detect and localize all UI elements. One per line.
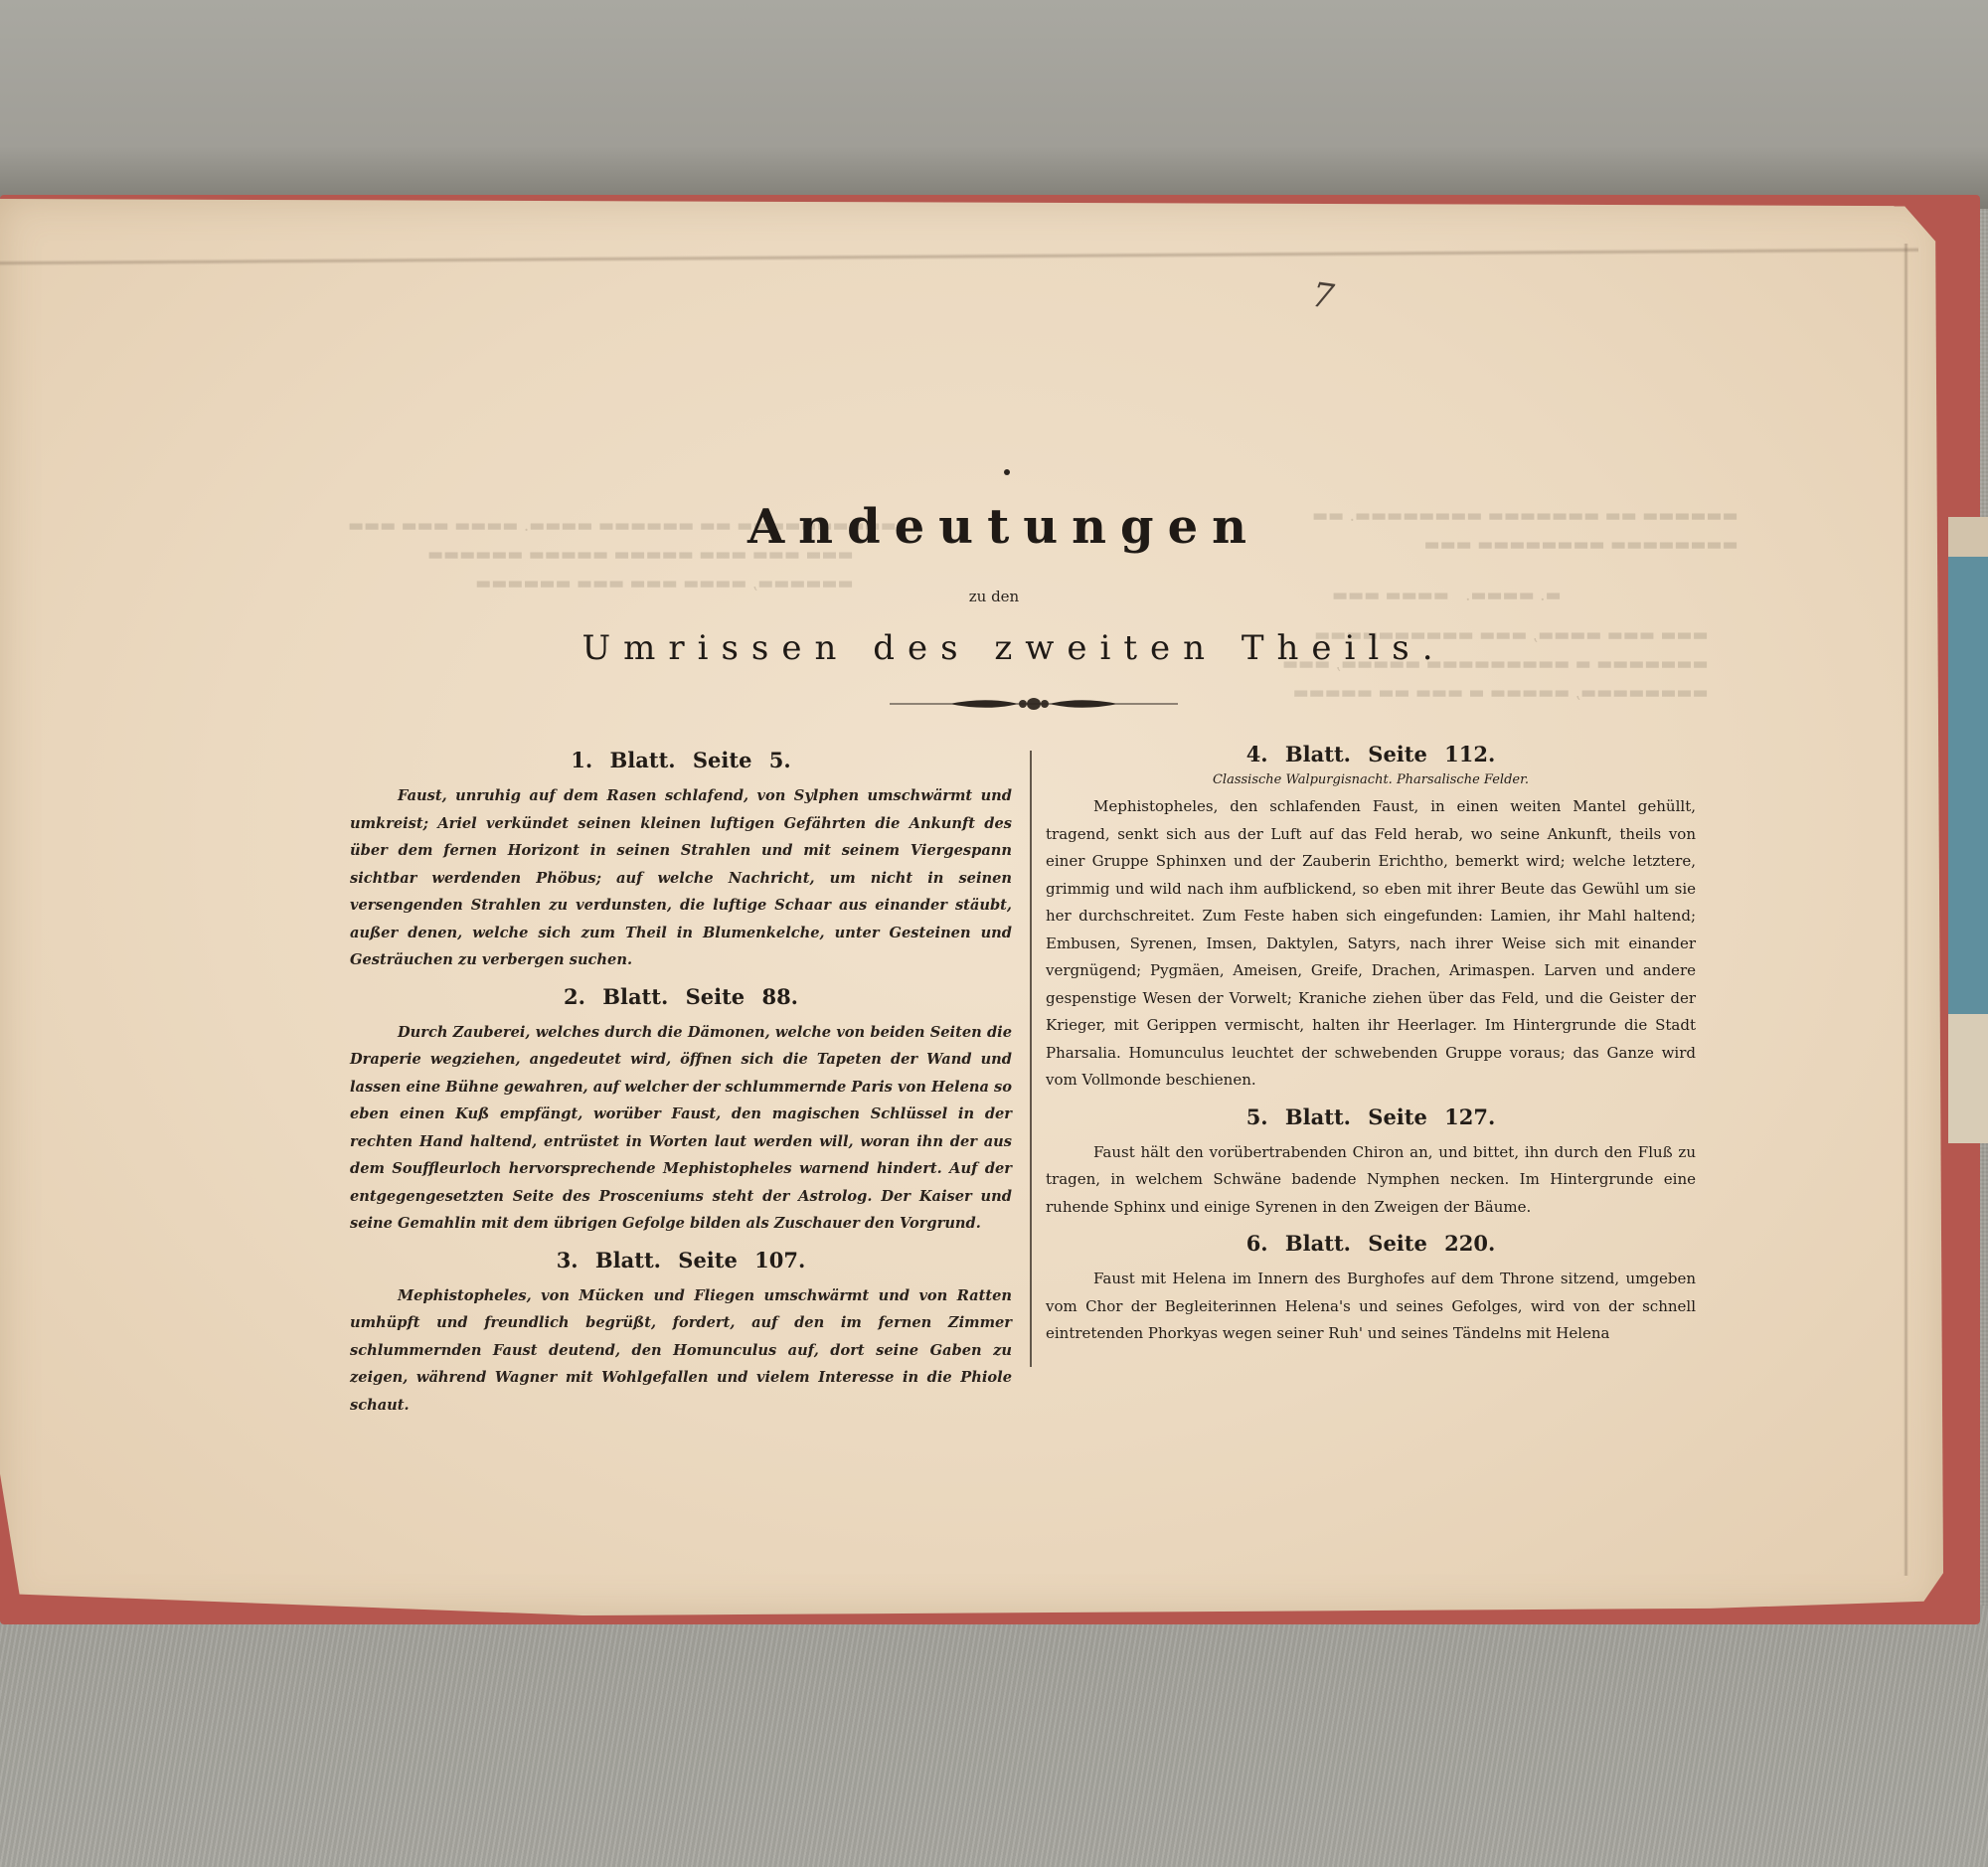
cloth-background-bottom (0, 1606, 1988, 1867)
right-column: 4. Blatt. Seite 112. Classische Walpurgi… (1046, 738, 1696, 1358)
section: 2. Blatt. Seite 88. Durch Zauberei, welc… (350, 984, 1012, 1238)
section: 5. Blatt. Seite 127. Faust hält den vorü… (1046, 1104, 1696, 1222)
ornament-divider-icon (890, 694, 1178, 714)
section-heading: 6. Blatt. Seite 220. (1046, 1231, 1696, 1256)
section: 4. Blatt. Seite 112. Classische Walpurgi… (1046, 742, 1696, 1095)
section-body: Faust, unruhig auf dem Rasen schlafend, … (350, 782, 1012, 974)
cover-pattern-tan (1948, 1014, 1988, 1143)
section: 1. Blatt. Seite 5. Faust, unruhig auf de… (350, 748, 1012, 974)
subtitle-small: zu den (0, 588, 1988, 605)
page-title: Andeutungen (0, 499, 1988, 555)
section: 3. Blatt. Seite 107. Mephistopheles, von… (350, 1248, 1012, 1420)
left-column: 1. Blatt. Seite 5. Faust, unruhig auf de… (350, 744, 1012, 1429)
printer-dot (1004, 469, 1010, 475)
section-heading: 5. Blatt. Seite 127. (1046, 1104, 1696, 1129)
section-body: Faust mit Helena im Innern des Burghofes… (1046, 1266, 1696, 1348)
page-fold-line (1904, 244, 1908, 1576)
section-body: Faust hält den vorübertrabenden Chiron a… (1046, 1139, 1696, 1222)
subtitle-large: Umrissen des zweiten Theils. (0, 628, 1988, 668)
section: 6. Blatt. Seite 220. Faust mit Helena im… (1046, 1231, 1696, 1348)
section-heading: 2. Blatt. Seite 88. (350, 984, 1012, 1009)
section-body: Mephistopheles, den schlafenden Faust, i… (1046, 793, 1696, 1095)
section-body: Durch Zauberei, welches durch die Dämone… (350, 1019, 1012, 1238)
column-divider (1030, 751, 1032, 1367)
section-body: Mephistopheles, von Mücken und Fliegen u… (350, 1282, 1012, 1420)
cloth-background-top (0, 0, 1988, 209)
cover-pattern-blue (1948, 557, 1988, 1014)
section-subheading: Classische Walpurgisnacht. Pharsalische … (1046, 772, 1696, 787)
section-heading: 1. Blatt. Seite 5. (350, 748, 1012, 772)
section-heading: 3. Blatt. Seite 107. (350, 1248, 1012, 1273)
section-heading: 4. Blatt. Seite 112. (1046, 742, 1696, 766)
